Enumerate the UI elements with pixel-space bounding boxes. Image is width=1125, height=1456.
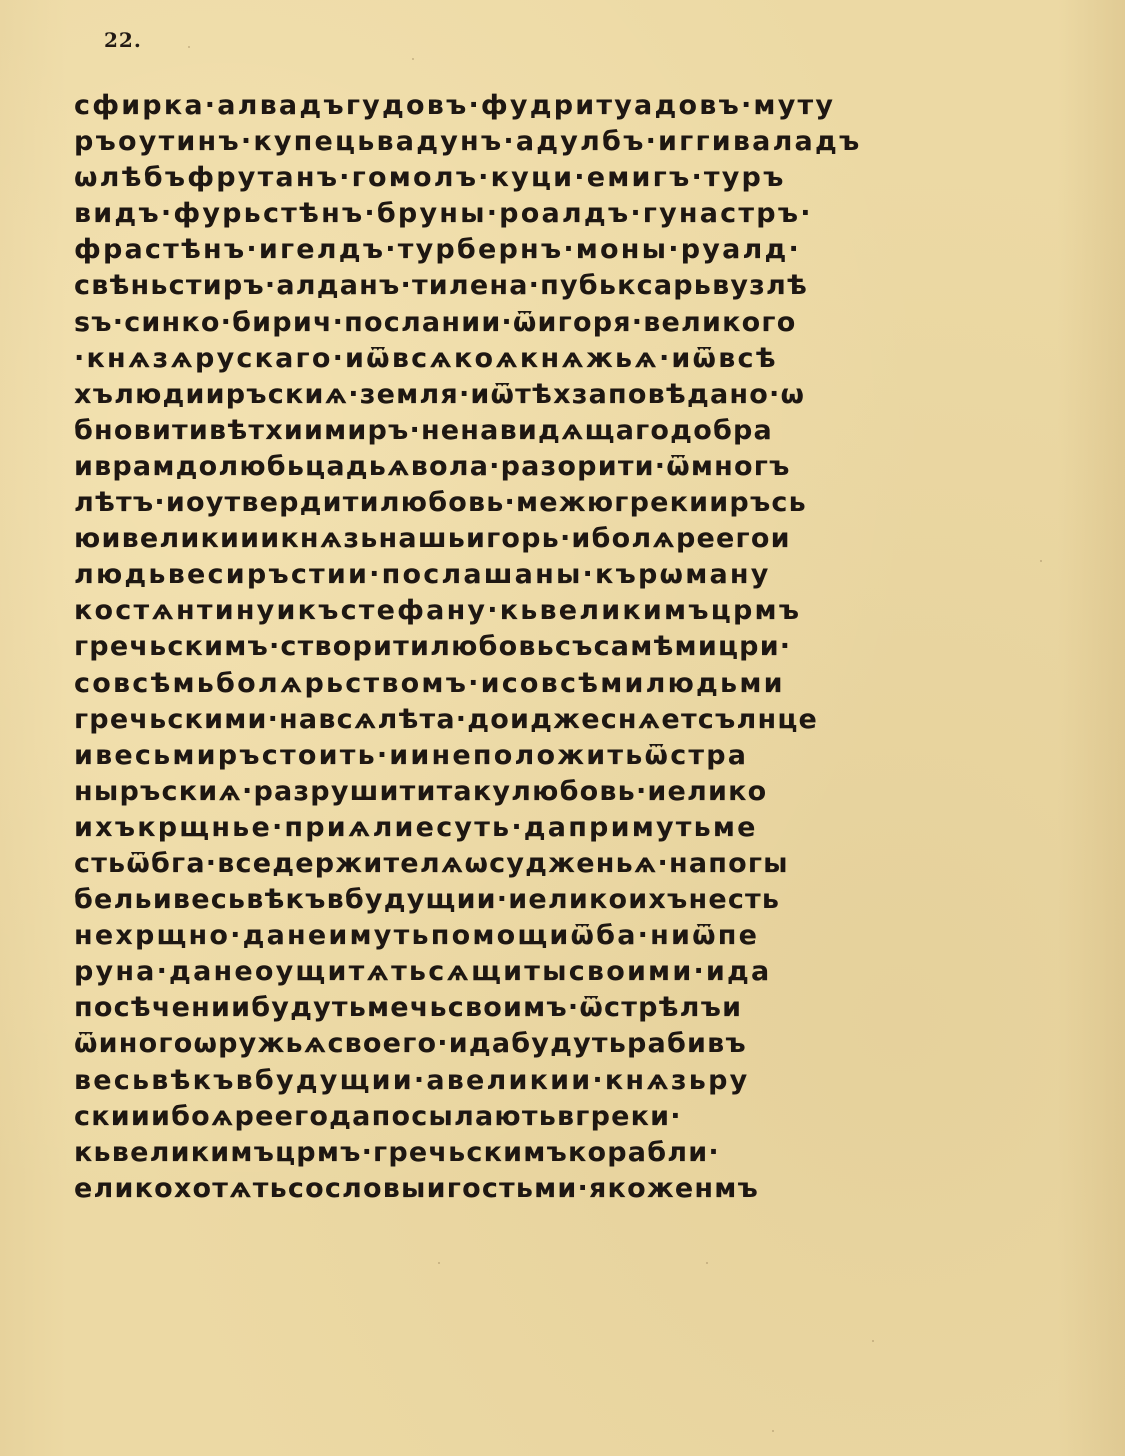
text-line-2: ръоутинъ·купецьвадунъ·адулбъ·иггиваладъ <box>74 124 1084 160</box>
paper-speck <box>1040 560 1042 562</box>
text-line-22: стьѿбга·вседержителѧѡсудженьѧ·напогы <box>74 846 1084 882</box>
text-line-27: ѿиногоѡружьѧсвоего·идабудутьрабивъ <box>74 1026 1084 1062</box>
paper-speck <box>188 46 190 48</box>
text-line-23: бельивесьвѣкъвбудущии·иеликоихънесть <box>74 882 1084 918</box>
text-line-7: ѕъ·синко·бирич·послании·ѿигоря·великого <box>74 305 1084 341</box>
text-line-19: ивесьмиръстоить·иинеположитьѿстра <box>74 738 1084 774</box>
text-line-6: свѣньстиръ·алданъ·тилена·пубьксарьвузлѣ <box>74 268 1084 304</box>
text-line-8: ·кнѧзѧрускаго·иѿвсѧкоѧкнѧжьѧ·иѿвсѣ <box>74 341 1084 377</box>
text-line-5: фрастѣнъ·игелдъ·турбернъ·моны·руалд· <box>74 232 1084 268</box>
text-line-15: костѧнтинуикъстефану·кьвеликимъцрмъ <box>74 593 1084 629</box>
text-line-25: руна·данеоущитѧтьсѧщитысвоими·ида <box>74 954 1084 990</box>
paper-speck <box>872 1340 874 1342</box>
text-line-14: людьвесиръстии·послашаны·кърѡману <box>74 557 1084 593</box>
text-line-17: совсѣмьболѧрьствомъ·исовсѣмилюдьми <box>74 666 1084 702</box>
text-line-12: лѣтъ·иоутвердитилюбовь·межюгрекииръсь <box>74 485 1084 521</box>
text-line-30: кьвеликимъцрмъ·гречьскимъкорабли· <box>74 1135 1084 1171</box>
page-number: 22. <box>104 28 142 52</box>
text-line-10: бновитивѣтхиимиръ·ненавидѧщагодобра <box>74 413 1084 449</box>
text-line-4: видъ·фурьстѣнъ·бруны·роалдъ·гунастръ· <box>74 196 1084 232</box>
paper-speck <box>438 1262 440 1264</box>
manuscript-page: 22. сфирка·алвадъгудовъ·фудритуадовъ·мут… <box>0 0 1125 1456</box>
text-line-18: гречьскими·навсѧлѣта·доиджеснѧетсълнце <box>74 702 1084 738</box>
text-line-3: ѡлѣбъфрутанъ·гомолъ·куци·емигъ·туръ <box>74 160 1084 196</box>
text-line-13: юивеликииикнѧзьнашьигорь·иболѧреегои <box>74 521 1084 557</box>
text-line-31: еликохотѧтьсословыигостьми·якоженмъ <box>74 1171 1084 1207</box>
paper-speck <box>772 1430 774 1432</box>
text-line-28: весьвѣкъвбудущии·авеликии·кнѧзьру <box>74 1063 1084 1099</box>
text-line-1: сфирка·алвадъгудовъ·фудритуадовъ·муту <box>74 88 1084 124</box>
text-line-24: нехрщно·данеимутьпомощиѿба·ниѿпе <box>74 918 1084 954</box>
text-line-21: ихъкрщнье·приѧлиесуть·дапримутьме <box>74 810 1084 846</box>
text-line-26: посѣчениибудутьмечьсвоимъ·ѿстрѣлъи <box>74 990 1084 1026</box>
text-line-16: гречьскимъ·створитилюбовьсъсамѣмицри· <box>74 629 1084 665</box>
paper-speck <box>412 58 414 60</box>
manuscript-text-block: сфирка·алвадъгудовъ·фудритуадовъ·муту ръ… <box>74 88 1084 1207</box>
paper-speck <box>706 1262 708 1264</box>
text-line-9: хълюдииръскиѧ·земля·иѿтѣхзаповѣдано·ѡ <box>74 377 1084 413</box>
text-line-11: иврамдолюбьцадьѧвола·разорити·ѿмногъ <box>74 449 1084 485</box>
text-line-20: ныръскиѧ·разрушититакулюбовь·иелико <box>74 774 1084 810</box>
text-line-29: скииибоѧреегодапосылаютьвгреки· <box>74 1099 1084 1135</box>
